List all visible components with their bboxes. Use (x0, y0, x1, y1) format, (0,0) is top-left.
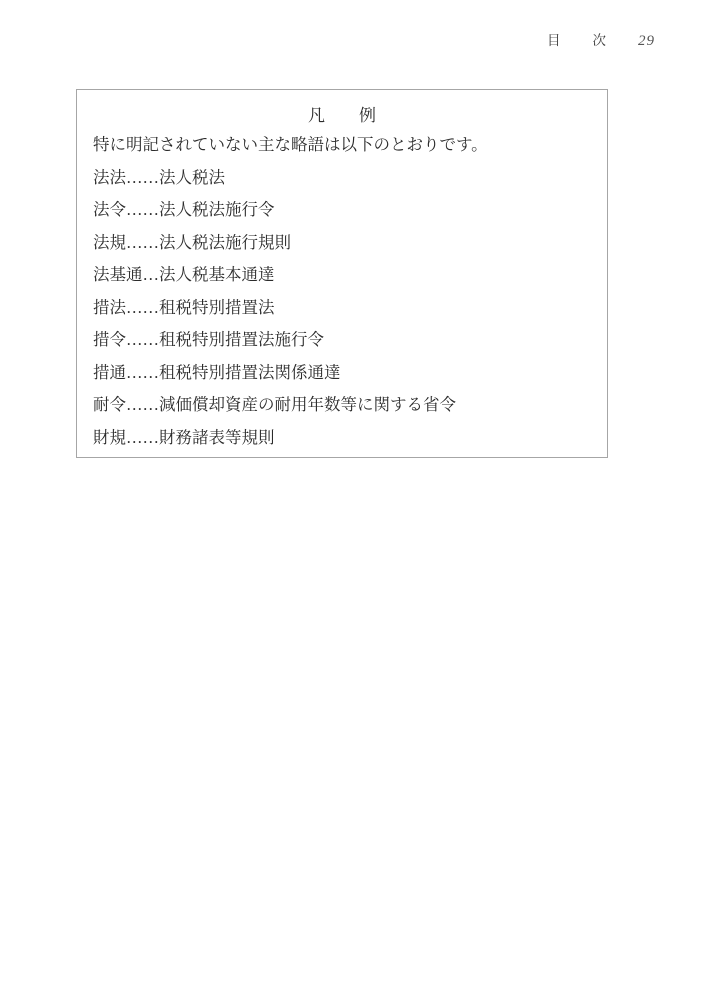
leader-dots: …… (126, 200, 159, 219)
abbr: 財規 (93, 428, 126, 447)
meaning: 法人税基本通達 (159, 265, 275, 284)
legend-item: 法令……法人税法施行令 (77, 194, 607, 227)
legend-intro: 特に明記されていない主な略語は以下のとおりです。 (77, 129, 607, 162)
meaning: 法人税法施行規則 (159, 233, 291, 252)
meaning: 法人税法施行令 (159, 200, 275, 219)
leader-dots: …… (126, 363, 159, 382)
leader-dots: … (143, 265, 160, 284)
leader-dots: …… (126, 330, 159, 349)
abbr: 法法 (93, 168, 126, 187)
leader-dots: …… (126, 168, 159, 187)
legend-item: 耐令……減価償却資産の耐用年数等に関する省令 (77, 389, 607, 422)
legend-item: 財規……財務諸表等規則 (77, 422, 607, 455)
legend-item: 法規……法人税法施行規則 (77, 227, 607, 260)
legend-item: 措法……租税特別措置法 (77, 292, 607, 325)
legend-item: 措令……租税特別措置法施行令 (77, 324, 607, 357)
leader-dots: …… (126, 298, 159, 317)
leader-dots: …… (126, 233, 159, 252)
abbr: 措通 (93, 363, 126, 382)
running-head: 目 次 29 (547, 33, 655, 49)
meaning: 租税特別措置法施行令 (159, 330, 324, 349)
meaning: 法人税法 (159, 168, 225, 187)
abbr: 法規 (93, 233, 126, 252)
legend-box: 凡 例 特に明記されていない主な略語は以下のとおりです。 法法……法人税法 法令… (76, 89, 608, 458)
meaning: 減価償却資産の耐用年数等に関する省令 (159, 395, 456, 414)
page-number: 29 (638, 33, 655, 49)
abbr: 耐令 (93, 395, 126, 414)
legend-title: 凡 例 (77, 102, 607, 129)
meaning: 財務諸表等規則 (159, 428, 275, 447)
meaning: 租税特別措置法関係通達 (159, 363, 341, 382)
legend-item: 法法……法人税法 (77, 162, 607, 195)
abbr: 措令 (93, 330, 126, 349)
abbr: 法令 (93, 200, 126, 219)
legend-item: 措通……租税特別措置法関係通達 (77, 357, 607, 390)
leader-dots: …… (126, 395, 159, 414)
running-head-char-1: 目 (547, 33, 561, 49)
abbr: 法基通 (93, 265, 143, 284)
abbr: 措法 (93, 298, 126, 317)
legend-item: 法基通…法人税基本通達 (77, 259, 607, 292)
leader-dots: …… (126, 428, 159, 447)
meaning: 租税特別措置法 (159, 298, 275, 317)
running-head-char-2: 次 (593, 33, 607, 49)
book-page: 目 次 29 凡 例 特に明記されていない主な略語は以下のとおりです。 法法……… (0, 0, 705, 1000)
